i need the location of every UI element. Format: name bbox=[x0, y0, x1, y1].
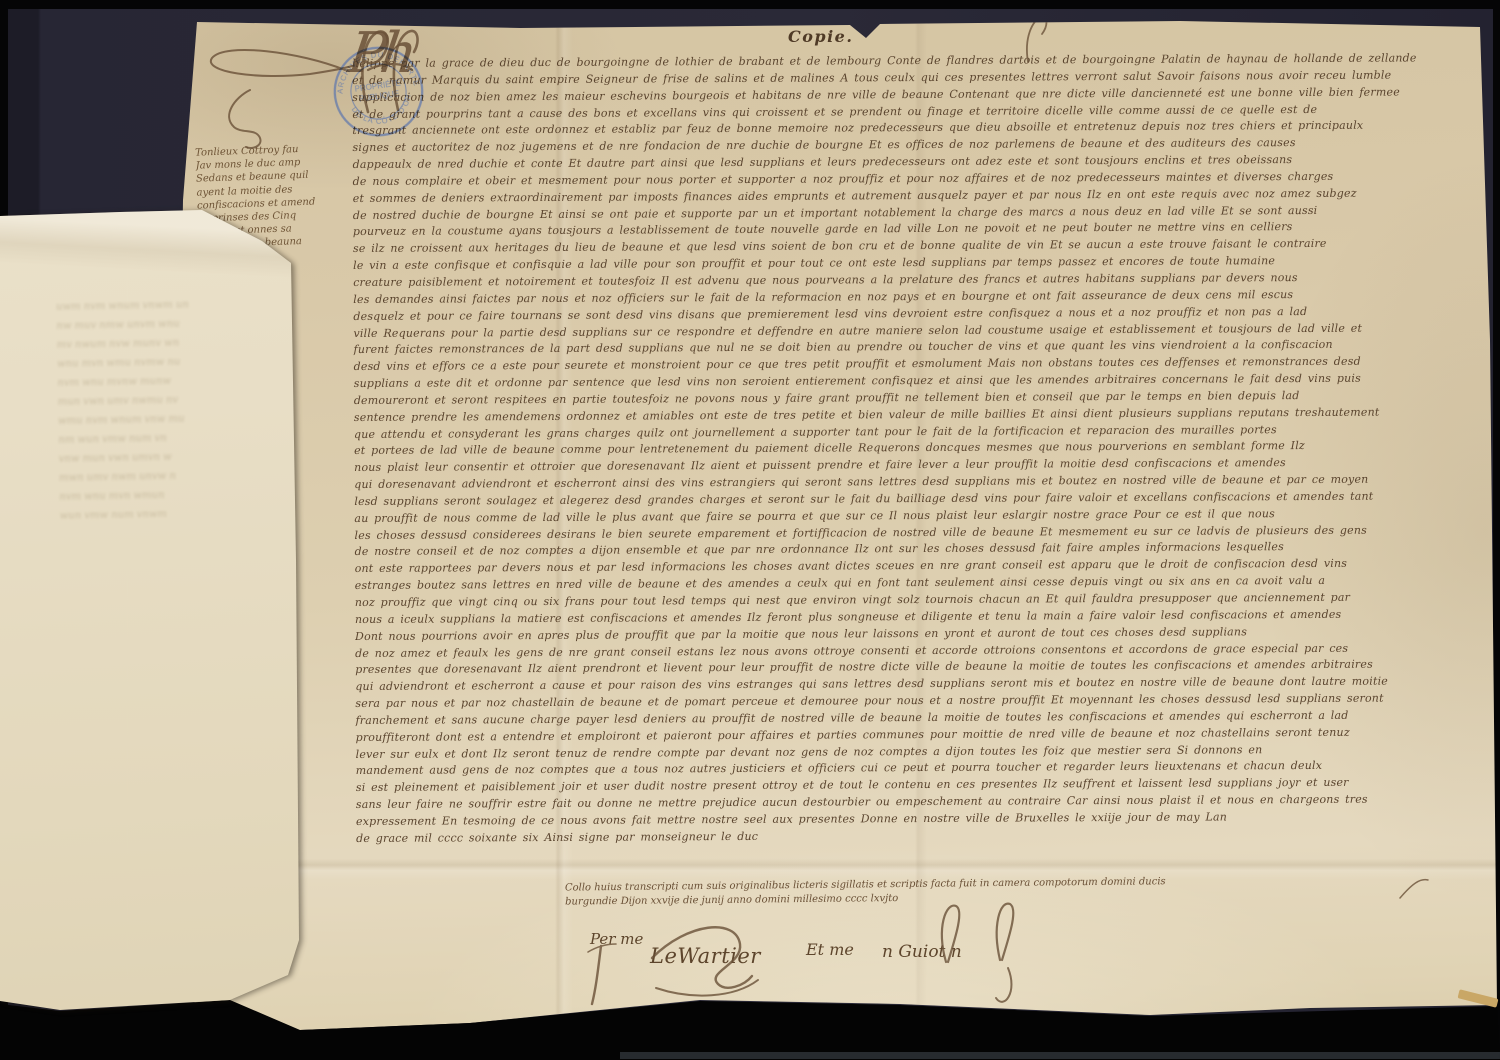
archive-photo: Copie. Ph Tonlieux Cottroy fauJav mons l… bbox=[0, 0, 1500, 1060]
parchment-flap-wrapper: uwm nvm wnum vnwm unnw muv nmw unvm wnum… bbox=[0, 0, 1500, 1060]
show-through-text: uwm nvm wnum vnwm unnw muv nmw unvm wnum… bbox=[56, 298, 255, 529]
scan-bed-edge bbox=[620, 1052, 1500, 1059]
ghost-line: wun vmw num vnwm bbox=[60, 507, 255, 529]
parchment-flap-sheet: uwm nvm wnum vnwm unnw muv nmw unvm wnum… bbox=[0, 0, 1500, 1060]
